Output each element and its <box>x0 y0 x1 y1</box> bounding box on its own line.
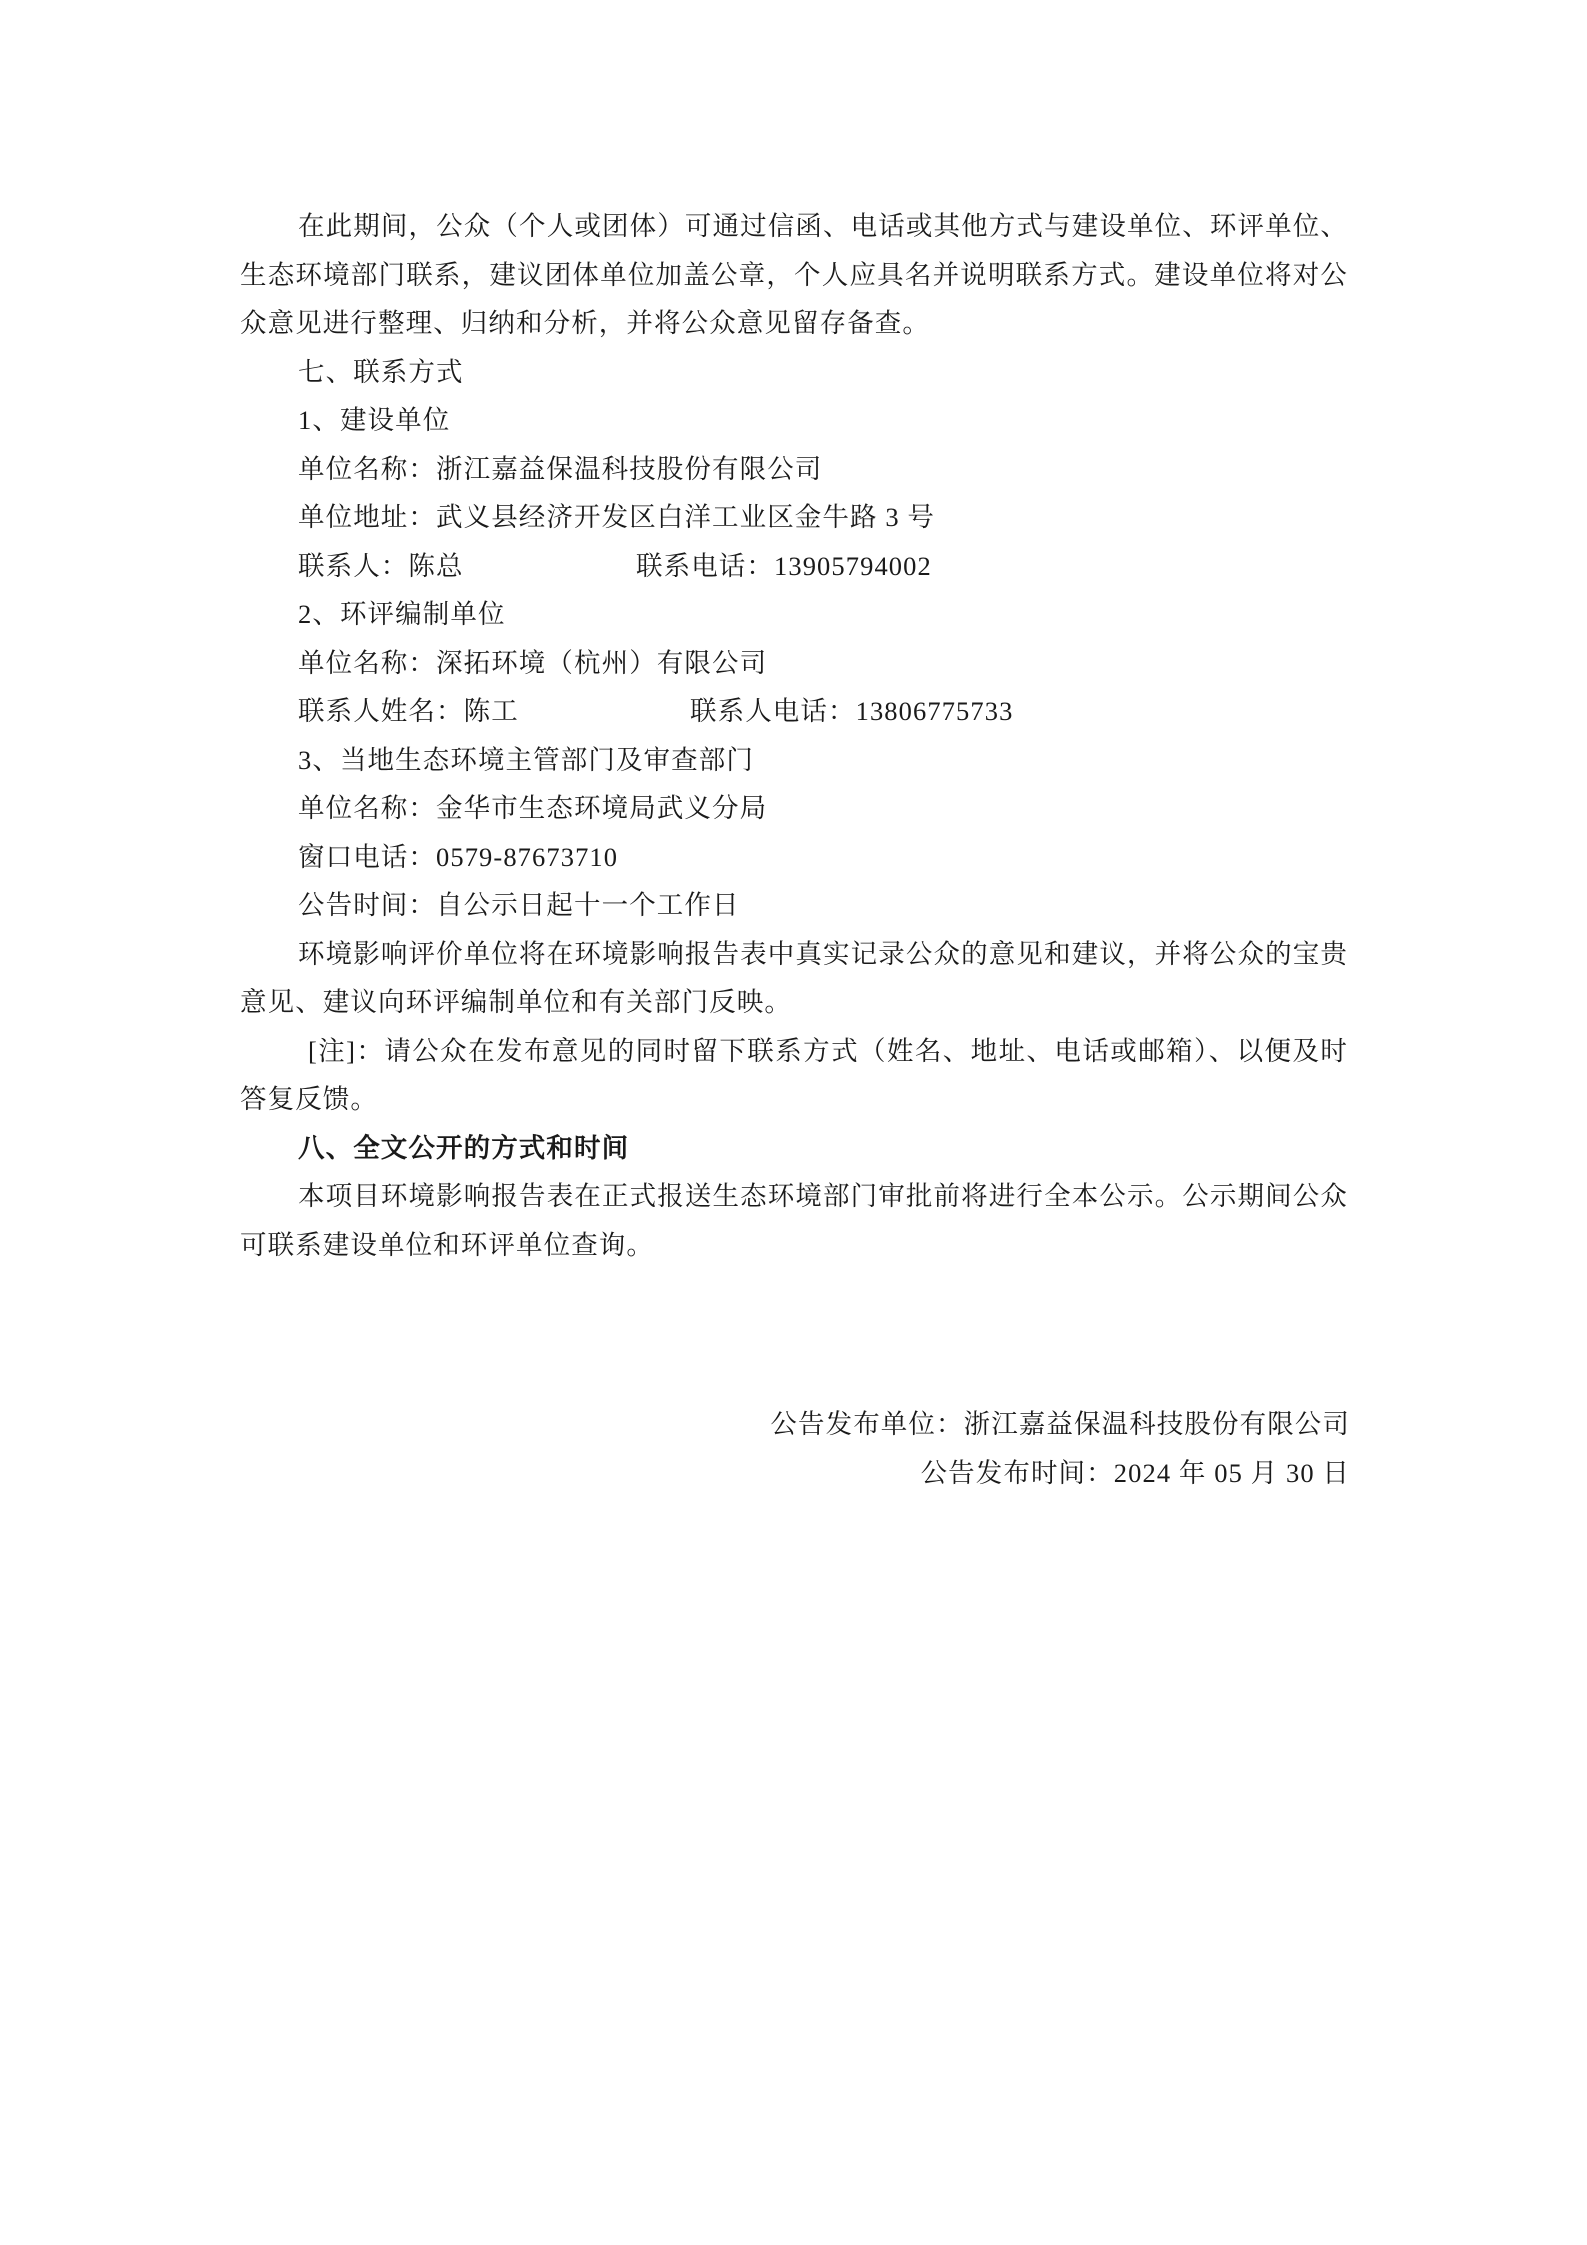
section-7-title: 七、联系方式 <box>240 348 1348 397</box>
construction-unit-address: 单位地址：武义县经济开发区白洋工业区金牛路 3 号 <box>240 493 1348 542</box>
authority-name-value: 金华市生态环境局武义分局 <box>436 793 767 823</box>
construction-unit-phone-label: 联系电话： <box>636 551 774 581</box>
construction-unit-contact-value: 陈总 <box>408 551 463 581</box>
section-8-paragraph: 本项目环境影响报告表在正式报送生态环境部门审批前将进行全本公示。公示期间公众可联… <box>240 1172 1348 1269</box>
construction-unit-address-value: 武义县经济开发区白洋工业区金牛路 3 号 <box>436 502 935 532</box>
comment-period-paragraph: 在此期间，公众（个人或团体）可通过信函、电话或其他方式与建设单位、环评单位、生态… <box>240 202 1348 348</box>
eia-unit-name-value: 深拓环境（杭州）有限公司 <box>436 648 767 678</box>
publish-date-label: 公告发布时间： <box>921 1458 1114 1488</box>
publish-date-value: 2024 年 05 月 30 日 <box>1114 1458 1350 1488</box>
construction-unit-contact: 联系人：陈总 <box>298 551 464 581</box>
publisher-value: 浙江嘉益保温科技股份有限公司 <box>964 1409 1350 1439</box>
eia-unit-phone: 联系人电话：13806775733 <box>690 687 1013 736</box>
authority-phone: 窗口电话：0579-87673710 <box>240 833 1348 882</box>
eia-unit-phone-value: 13806775733 <box>856 696 1014 726</box>
document-body: 在此期间，公众（个人或团体）可通过信函、电话或其他方式与建设单位、环评单位、生态… <box>240 202 1348 1269</box>
authority-name: 单位名称：金华市生态环境局武义分局 <box>240 784 1348 833</box>
notice-period: 公告时间：自公示日起十一个工作日 <box>240 881 1348 930</box>
notice-period-label: 公告时间： <box>298 890 436 920</box>
eia-unit-name: 单位名称：深拓环境（杭州）有限公司 <box>240 639 1348 688</box>
authority-heading: 3、当地生态环境主管部门及审查部门 <box>240 736 1348 785</box>
section-8-title: 八、全文公开的方式和时间 <box>240 1124 1348 1173</box>
construction-unit-phone: 联系电话：13905794002 <box>636 542 932 591</box>
publisher-label: 公告发布单位： <box>770 1409 963 1439</box>
construction-unit-address-label: 单位地址： <box>298 502 436 532</box>
construction-unit-name-label: 单位名称： <box>298 454 436 484</box>
authority-name-label: 单位名称： <box>298 793 436 823</box>
construction-unit-heading: 1、建设单位 <box>240 396 1348 445</box>
construction-unit-phone-value: 13905794002 <box>774 551 932 581</box>
eia-unit-name-label: 单位名称： <box>298 648 436 678</box>
construction-unit-name-value: 浙江嘉益保温科技股份有限公司 <box>436 454 822 484</box>
construction-unit-contact-label: 联系人： <box>298 551 408 581</box>
publish-date-line: 公告发布时间：2024 年 05 月 30 日 <box>770 1449 1350 1498</box>
signature-block: 公告发布单位：浙江嘉益保温科技股份有限公司 公告发布时间：2024 年 05 月… <box>770 1400 1350 1497</box>
construction-unit-contact-row: 联系人：陈总 联系电话：13905794002 <box>240 542 1348 591</box>
record-paragraph: 环境影响评价单位将在环境影响报告表中真实记录公众的意见和建议，并将公众的宝贵意见… <box>240 930 1348 1027</box>
eia-unit-phone-label: 联系人电话： <box>690 696 856 726</box>
eia-unit-contact-row: 联系人姓名：陈工 联系人电话：13806775733 <box>240 687 1348 736</box>
note-paragraph: [注]：请公众在发布意见的同时留下联系方式（姓名、地址、电话或邮箱）、以便及时答… <box>240 1027 1348 1124</box>
eia-unit-contact: 联系人姓名：陈工 <box>298 696 519 726</box>
authority-phone-value: 0579-87673710 <box>436 842 618 872</box>
publisher-line: 公告发布单位：浙江嘉益保温科技股份有限公司 <box>770 1400 1350 1449</box>
construction-unit-name: 单位名称：浙江嘉益保温科技股份有限公司 <box>240 445 1348 494</box>
eia-unit-contact-label: 联系人姓名： <box>298 696 464 726</box>
eia-unit-heading: 2、环评编制单位 <box>240 590 1348 639</box>
eia-unit-contact-value: 陈工 <box>464 696 519 726</box>
notice-period-value: 自公示日起十一个工作日 <box>436 890 740 920</box>
authority-phone-label: 窗口电话： <box>298 842 436 872</box>
